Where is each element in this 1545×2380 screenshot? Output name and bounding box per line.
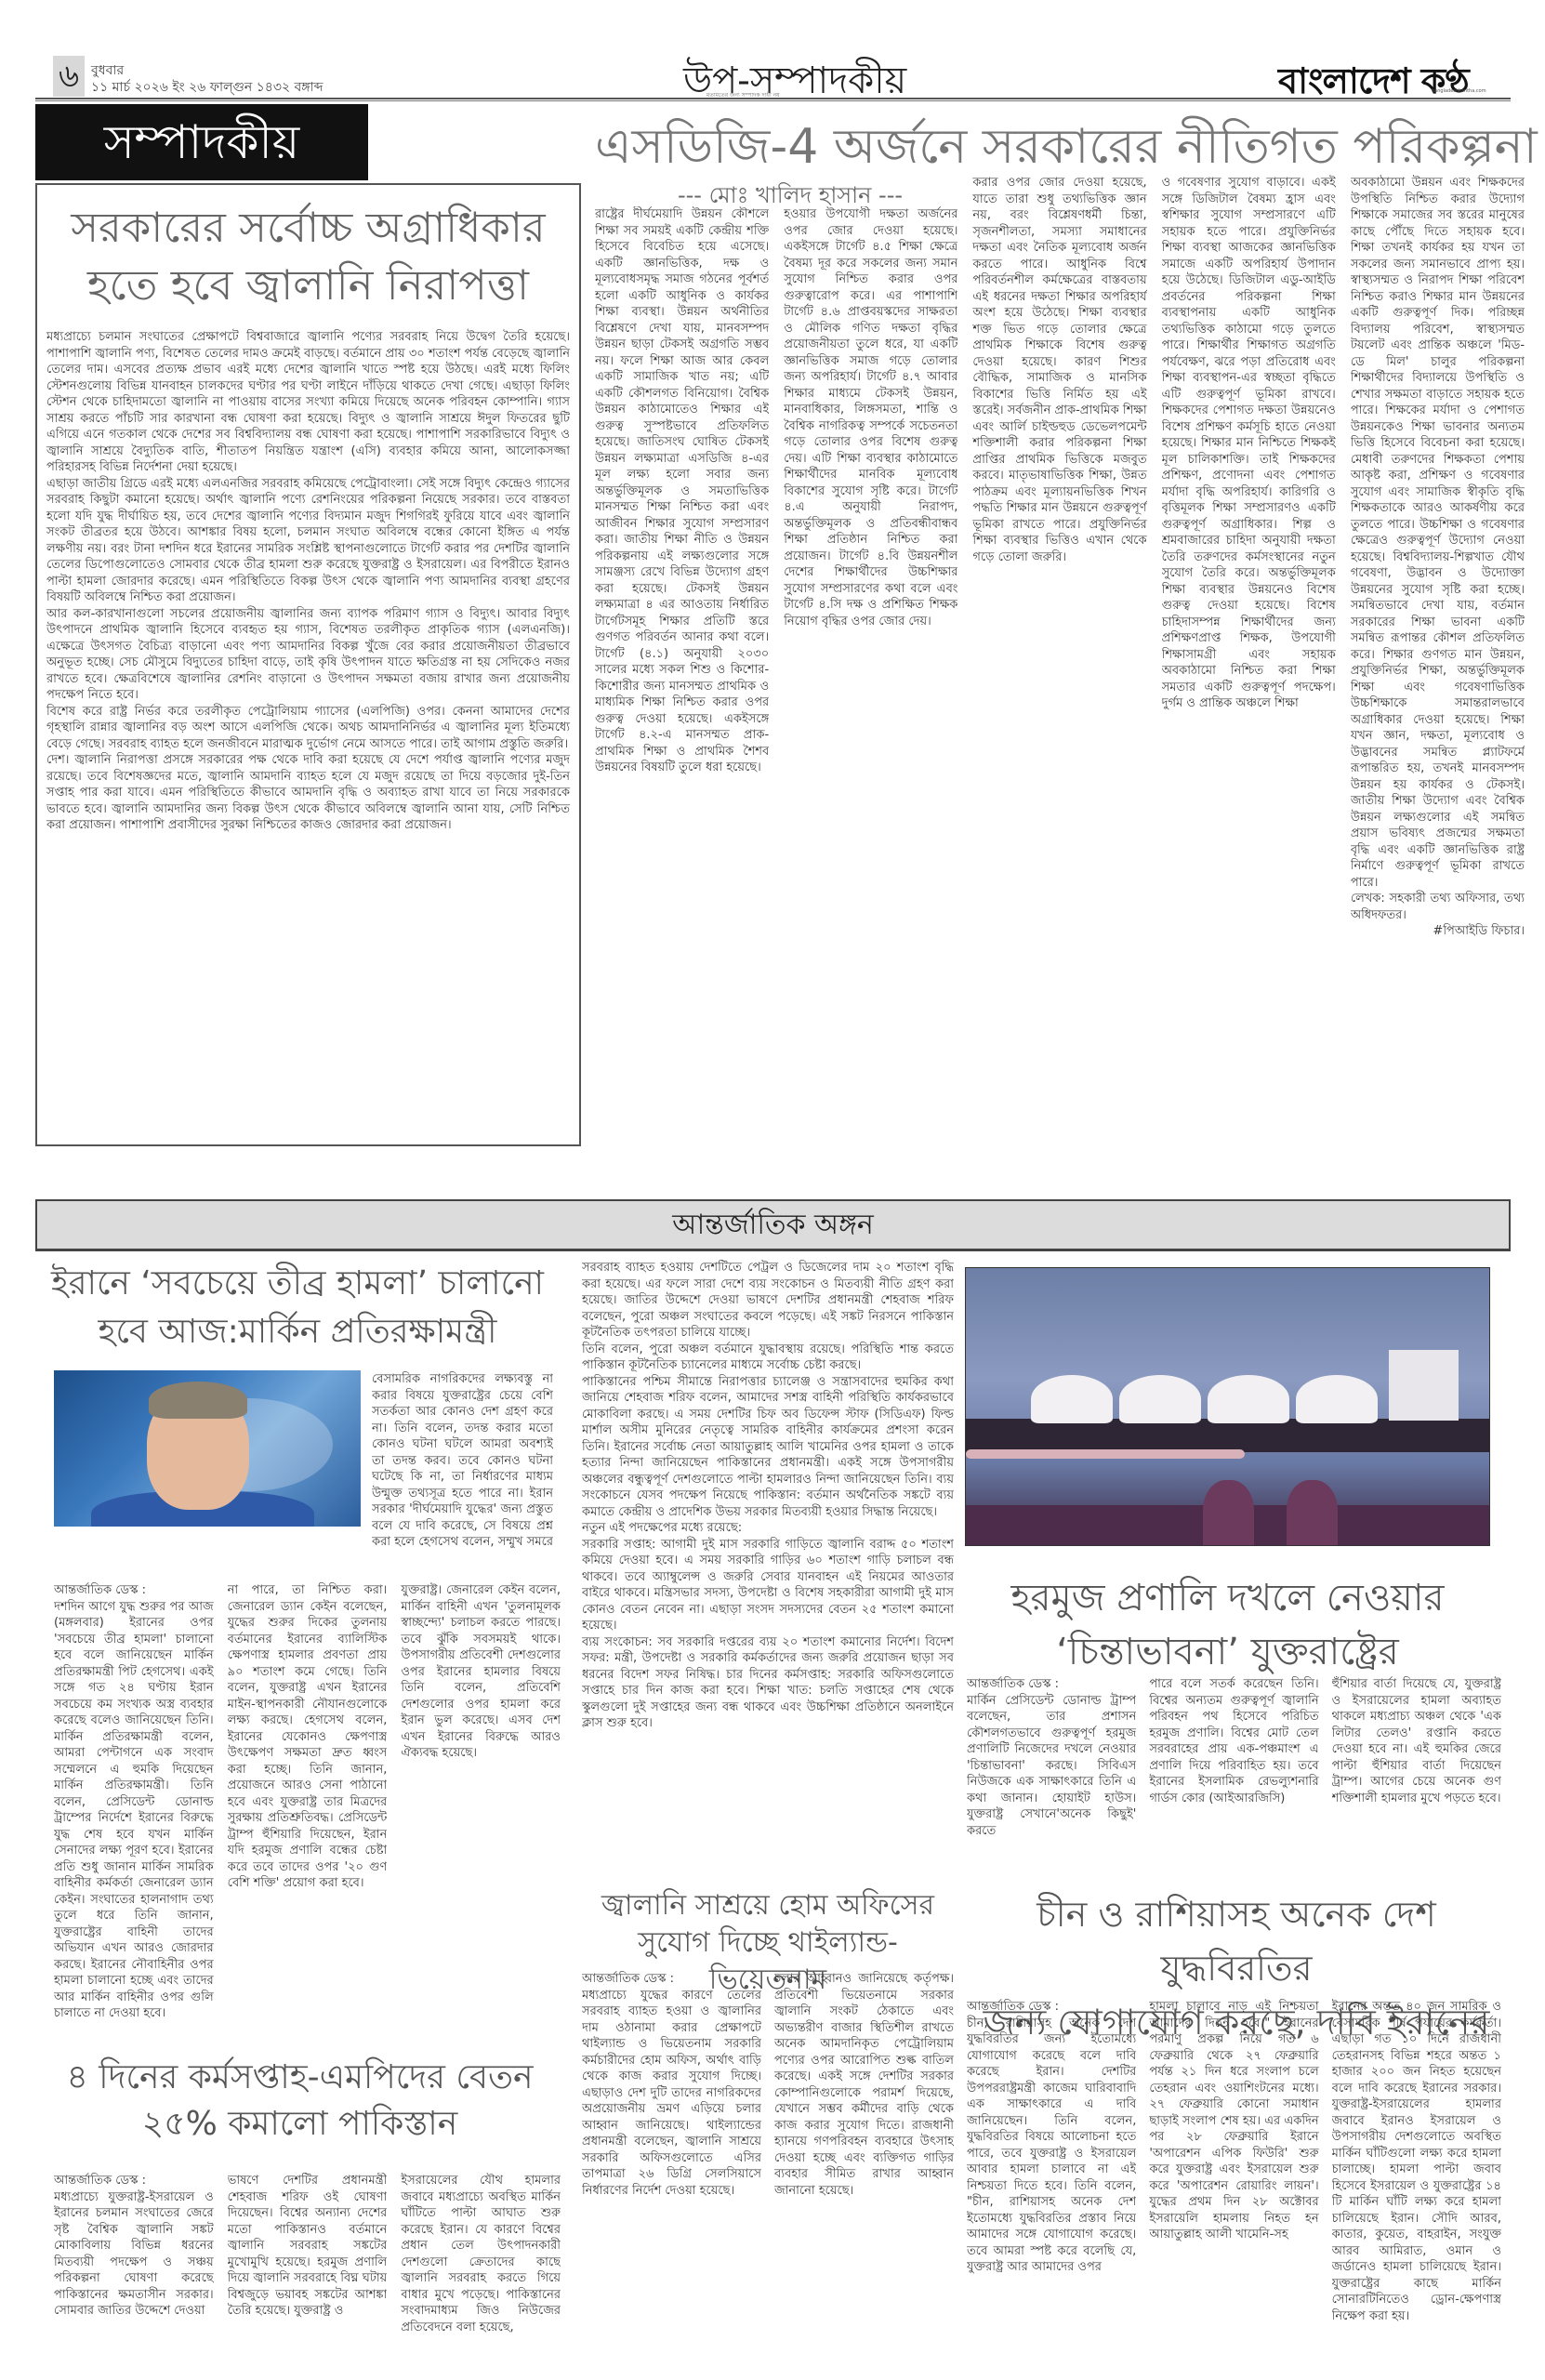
lng-tank-shape	[1208, 1375, 1289, 1423]
china-russia-columns: আন্তর্জাতিক ডেস্ক : চীন, রাশিয়াসহ অনেক …	[967, 1999, 1501, 2380]
lng-tanker-photo	[965, 1267, 1490, 1546]
newspaper-url: bangladeshkantha.com	[1432, 88, 1486, 94]
thai-vietnam-headline-line1: জ্বালানি সাশ্রয়ে হোম অফিসের	[582, 1887, 954, 1924]
pakistan-austerity-text: সরবরাহ ব্যাহত হওয়ায় দেশটিতে পেট্রল ও ড…	[582, 1260, 954, 1864]
pakistan-four-day-headline-line2: ২৫% কমালো পাকিস্তান	[46, 2101, 553, 2148]
sdg-column-5-text: অবকাঠামো উন্নয়ন এবং শিক্ষকদের উপস্থিতি …	[1351, 175, 1525, 891]
editorial-paragraph: বিশেষ করে রাষ্ট্র নির্ভর করে তরলীকৃত পেট…	[46, 704, 570, 753]
hormuz-columns: আন্তর্জাতিক ডেস্ক : মার্কিন প্রেসিডেন্ট …	[967, 1676, 1501, 1876]
iran-strike-dateline: আন্তর্জাতিক ডেস্ক :	[54, 1582, 214, 1599]
iran-strike-headline-line1: ইরানে ‘সবচেয়ে তীব্র হামলা’ চালানো	[46, 1260, 548, 1308]
china-russia-headline-line1: চীন ও রাশিয়াসহ অনেক দেশ যুদ্ধবিরতির	[962, 1887, 1511, 1995]
china-russia-dateline: আন্তর্জাতিক ডেস্ক :	[967, 1999, 1136, 2016]
hormuz-column-2: পারে বলে সতর্ক করেছেন তিনি। বিশ্বের অন্য…	[1149, 1676, 1318, 1876]
issue-date: ১১ মার্চ ২০২৬ ইং ২৬ ফাল্গুন ১৪৩২ বঙ্গাব্…	[91, 76, 323, 99]
pakistan-paragraph: সরবরাহ ব্যাহত হওয়ায় দেশটিতে পেট্রল ও ড…	[582, 1260, 954, 1342]
hormuz-headline-line2: ‘চিন্তাভাবনা’ যুক্তরাষ্ট্রের	[965, 1625, 1490, 1679]
iran-strike-headline: ইরানে ‘সবচেয়ে তীব্র হামলা’ চালানো হবে আ…	[46, 1260, 548, 1356]
ship-hull-shape	[966, 1419, 1490, 1452]
spectator-shape	[1203, 1480, 1254, 1546]
newspaper-logo: বাংলাদেশ কণ্ঠ	[1278, 54, 1469, 113]
pakistan-paragraph: ব্যয় সংকোচন: সব সরকারি দপ্তরের ব্যয় ২০…	[582, 1634, 954, 1732]
china-russia-column-1-text: চীন, রাশিয়াসহ অনেক দেশ যুদ্ধবিরতির জন্য…	[967, 2016, 1136, 2276]
pakistan-paragraph: নতুন এই পদক্ষেপের মধ্যে রয়েছে:	[582, 1520, 954, 1537]
thai-vietnam-column-1: আন্তর্জাতিক ডেস্ক : মধ্যপ্রাচ্যে যুদ্ধের…	[582, 1971, 761, 2268]
pakistan-four-day-headline: ৪ দিনের কর্মসপ্তাহ-এমপিদের বেতন ২৫% কমাল…	[46, 2055, 553, 2148]
thai-vietnam-dateline: আন্তর্জাতিক ডেস্ক :	[582, 1971, 761, 1988]
page-number: ৬	[53, 56, 85, 97]
editorial-banner: সম্পাদকীয়	[35, 104, 368, 180]
masthead-rule	[35, 98, 1511, 101]
china-russia-column-3: ইরানের অন্তত ৪০ জন সামরিক ও বেসামরিক শীর…	[1332, 1999, 1501, 2380]
thai-vietnam-columns: আন্তর্জাতিক ডেস্ক : মধ্যপ্রাচ্যে যুদ্ধের…	[582, 1971, 954, 2268]
sdg-column-3: করার ওপর জোর দেওয়া হয়েছে, যাতে তারা শু…	[972, 175, 1146, 1145]
iran-strike-headline-line2: হবে আজ:মার্কিন প্রতিরক্ষামন্ত্রী	[46, 1308, 548, 1356]
iran-strike-column-1-text: দশদিন আগে যুদ্ধ শুরুর পর আজ (মঙ্গলবার) ই…	[54, 1599, 214, 2022]
pakistan-paragraph: সরকারি সপ্তাহ: আগামী দুই মাস সরকারি গাড়…	[582, 1537, 954, 1634]
sdg-column-4: ও গবেষণার সুযোগ বাড়াবে। একই সঙ্গে ডিজিট…	[1162, 175, 1336, 1145]
thai-vietnam-column-2: চলার আহ্বানও জানিয়েছে কর্তৃপক্ষ। প্রতিব…	[774, 1971, 954, 2268]
sdg-feature-tag: #পিআইডি ফিচার।	[1351, 923, 1525, 940]
hegseth-photo	[54, 1370, 361, 1527]
china-russia-column-1: আন্তর্জাতিক ডেস্ক : চীন, রাশিয়াসহ অনেক …	[967, 1999, 1136, 2380]
sdg-column-2: হওয়ার উপযোগী দক্ষতা অর্জনের ওপর জোর দেও…	[784, 206, 957, 1145]
pakistan-four-day-column-1: আন্তর্জাতিক ডেস্ক : মধ্যপ্রাচ্যে যুক্তরা…	[54, 2173, 214, 2377]
editorial-headline-line2: হতে হবে জ্বালানি নিরাপত্তা	[46, 257, 570, 314]
editorial-body: মধ্যপ্রাচ্যে চলমান সংঘাতের প্রেক্ষাপটে ব…	[46, 329, 570, 834]
iran-strike-column-3: যুক্তরাষ্ট্র। জেনারেল কেইন বলেন, মার্কিন…	[401, 1582, 561, 2049]
sdg-column-1: রাষ্ট্রের দীর্ঘমেয়াদি উন্নয়ন কৌশলে শিক…	[595, 206, 769, 1145]
lng-tank-shape	[1296, 1375, 1378, 1423]
hormuz-column-1: আন্তর্জাতিক ডেস্ক : মার্কিন প্রেসিডেন্ট …	[967, 1676, 1136, 1876]
editorial-box: সরকারের সর্বোচ্চ অগ্রাধিকার হতে হবে জ্বা…	[35, 183, 581, 1146]
ship-bridge-shape	[1389, 1350, 1459, 1421]
thai-vietnam-column-1-text: মধ্যপ্রাচ্যে যুদ্ধের কারণে তেলের সরবরাহ …	[582, 1988, 761, 2200]
pakistan-four-day-column-1-text: মধ্যপ্রাচ্যে যুক্তরাষ্ট্র-ইসরায়েল ও ইরা…	[54, 2189, 214, 2320]
editorial-paragraph: মধ্যপ্রাচ্যে চলমান সংঘাতের প্রেক্ষাপটে ব…	[46, 329, 570, 476]
pakistan-four-day-dateline: আন্তর্জাতিক ডেস্ক :	[54, 2173, 214, 2189]
sdg-author-note: লেখক: সহকারী তথ্য অফিসার, তথ্য অধিদফতর।	[1351, 891, 1525, 923]
iran-strike-column-2: না পারে, তা নিশ্চিত করা। জেনারেল ড্যান ক…	[228, 1582, 388, 2049]
pakistan-paragraph: পাকিস্তানের পশ্চিম সীমান্তে নিরাপত্তার চ…	[582, 1374, 954, 1521]
iran-strike-column-1: আন্তর্জাতিক ডেস্ক : দশদিন আগে যুদ্ধ শুরু…	[54, 1582, 214, 2049]
editorial-paragraph: দেশ। জ্বালানি নিরাপত্তা প্রসঙ্গে সরকারের…	[46, 752, 570, 834]
ship-wake-shape	[966, 1449, 1245, 1459]
lng-tank-shape	[1031, 1375, 1113, 1423]
hormuz-headline-line1: হরমুজ প্রণালি দখলে নেওয়ার	[965, 1571, 1490, 1625]
spectator-shape	[1287, 1480, 1338, 1546]
hormuz-dateline: আন্তর্জাতিক ডেস্ক :	[967, 1676, 1136, 1693]
lng-tank-shape	[1119, 1375, 1201, 1423]
iran-strike-columns: আন্তর্জাতিক ডেস্ক : দশদিন আগে যুদ্ধ শুরু…	[54, 1582, 561, 2049]
editorial-paragraph: এছাড়া জাতীয় গ্রিডে এরই মধ্যে এলএনজির স…	[46, 476, 570, 606]
china-russia-column-2: হামলা চালাবে নাড় এই নিশ্চয়তা আমাদের দি…	[1149, 1999, 1318, 2380]
hair-shape	[149, 1382, 247, 1419]
sdg-column-5: অবকাঠামো উন্নয়ন এবং শিক্ষকদের উপস্থিতি …	[1351, 175, 1525, 1145]
pakistan-four-day-column-2: ভাষণে দেশটির প্রধানমন্ত্রী শেহবাজ শরিফ ও…	[228, 2173, 388, 2377]
international-section-band: আন্তর্জাতিক অঙ্গন	[35, 1199, 1511, 1251]
hormuz-headline: হরমুজ প্রণালি দখলে নেওয়ার ‘চিন্তাভাবনা’…	[965, 1571, 1490, 1679]
pakistan-paragraph: তিনি বলেন, পুরো অঞ্চল বর্তমানে যুদ্ধাবস্…	[582, 1342, 954, 1374]
page-section-title: উপ-সম্পাদকীয়	[683, 51, 906, 113]
pakistan-four-day-headline-line1: ৪ দিনের কর্মসপ্তাহ-এমপিদের বেতন	[46, 2055, 553, 2101]
editorial-paragraph: আর কল-কারখানাগুলো সচলের প্রয়োজনীয় জ্বা…	[46, 606, 570, 704]
editorial-headline: সরকারের সর্বোচ্চ অগ্রাধিকার হতে হবে জ্বা…	[46, 194, 570, 314]
pakistan-four-day-columns: আন্তর্জাতিক ডেস্ক : মধ্যপ্রাচ্যে যুক্তরা…	[54, 2173, 561, 2377]
pakistan-four-day-column-3: ইসরায়েলের যৌথ হামলার জবাবে মধ্যপ্রাচ্যে…	[401, 2173, 561, 2377]
sdg-article-columns: রাষ্ট্রের দীর্ঘমেয়াদি উন্নয়ন কৌশলে শিক…	[595, 206, 1525, 1145]
hormuz-column-3: হুঁশিয়ার বার্তা দিয়েছে যে, যুক্তরাষ্ট্…	[1332, 1676, 1501, 1876]
editorial-headline-line1: সরকারের সর্বোচ্চ অগ্রাধিকার	[46, 199, 570, 257]
iran-strike-side-column: বেসামরিক নাগরিকদের লক্ষ্যবস্তু না করার ব…	[372, 1371, 553, 1548]
hormuz-column-1-text: মার্কিন প্রেসিডেন্ট ডোনাল্ড ট্রাম্প বলেছ…	[967, 1693, 1136, 1840]
